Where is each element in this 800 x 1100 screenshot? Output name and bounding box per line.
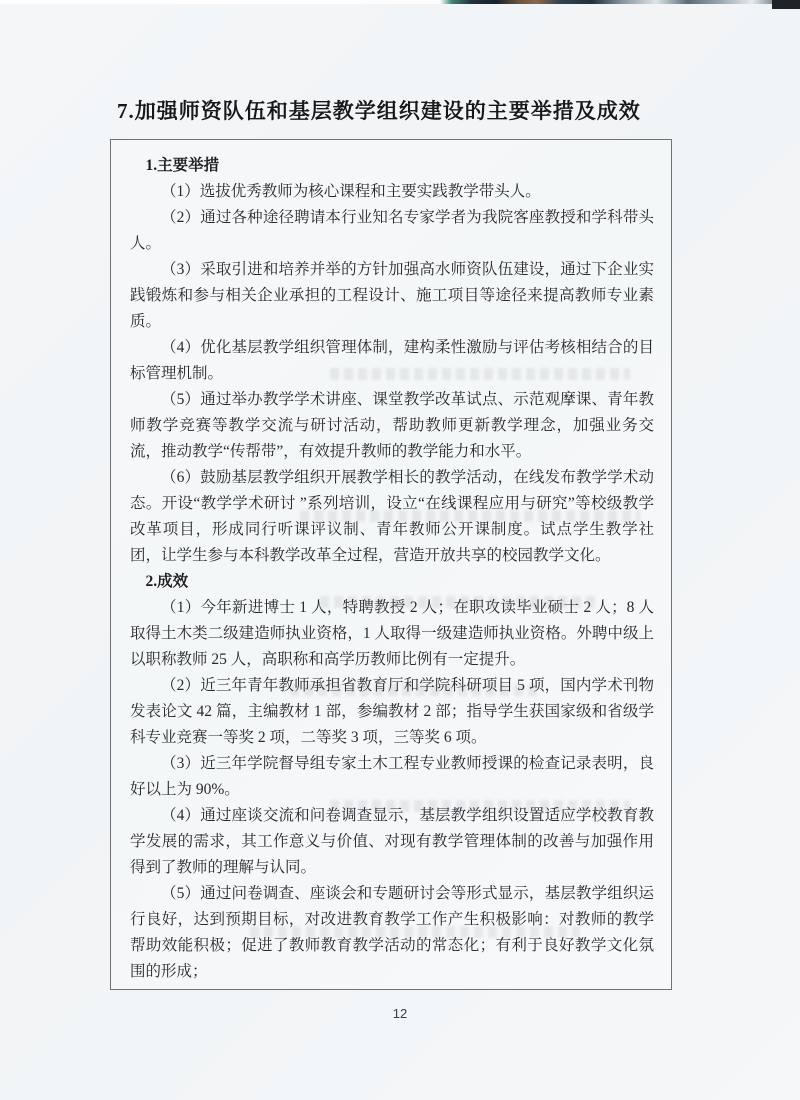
page-number: 12 (0, 1006, 800, 1021)
results-item-5: （5）通过问卷调查、座谈会和专题研讨会等形式显示，基层教学组织运行良好，达到预期… (130, 881, 654, 985)
page-title: 7.加强师资队伍和基层教学组织建设的主要举措及成效 (117, 95, 717, 125)
content-box: 1.主要举措 （1）选拔优秀教师为核心课程和主要实践教学带头人。 （2）通过各种… (110, 139, 672, 990)
section-heading-measures: 1.主要举措 (130, 153, 654, 179)
scan-corner-artifact (772, 0, 800, 9)
measures-item-4: （4）优化基层教学组织管理体制，建构柔性激励与评估考核相结合的目标管理机制。 (130, 335, 654, 387)
measures-item-6: （6）鼓励基层教学组织开展教学相长的教学活动，在线发布教学学术动态。开设“教学学… (130, 465, 654, 569)
results-item-3: （3）近三年学院督导组专家土木工程专业教师授课的检查记录表明，良好以上为 90%… (130, 751, 654, 803)
measures-item-5: （5）通过举办教学学术讲座、课堂教学改革试点、示范观摩课、青年教师教学竞赛等教学… (130, 387, 654, 465)
section-heading-results: 2.成效 (130, 569, 654, 595)
results-item-4: （4）通过座谈交流和问卷调查显示，基层教学组织设置适应学校教育教学发展的需求，其… (130, 803, 654, 881)
results-item-2: （2）近三年青年教师承担省教育厅和学院科研项目 5 项，国内学术刊物发表论文 4… (130, 673, 654, 751)
measures-item-2: （2）通过各种途径聘请本行业知名专家学者为我院客座教授和学科带头人。 (130, 205, 654, 257)
scan-edge-artifact (0, 0, 800, 4)
results-item-1: （1）今年新进博士 1 人，特聘教授 2 人；在职攻读毕业硕士 2 人；8 人取… (130, 595, 654, 673)
measures-item-1: （1）选拔优秀教师为核心课程和主要实践教学带头人。 (130, 179, 654, 205)
measures-item-3: （3）采取引进和培养并举的方针加强高水师资队伍建设，通过下企业实践锻炼和参与相关… (130, 257, 654, 335)
scanned-document-page: 7.加强师资队伍和基层教学组织建设的主要举措及成效 1.主要举措 （1）选拔优秀… (0, 0, 800, 1100)
